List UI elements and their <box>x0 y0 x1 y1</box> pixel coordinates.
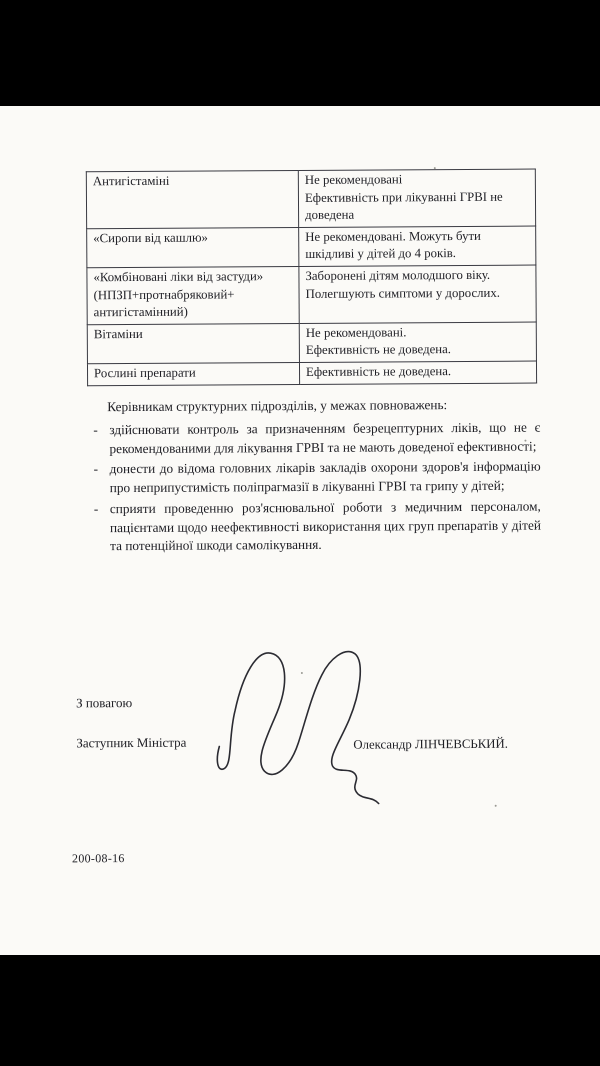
drug-category-cell: Вітаміни <box>87 323 299 363</box>
document-content: Антигістаміні Не рекомендовані Ефективні… <box>0 104 600 957</box>
signature-image <box>204 633 390 806</box>
table-row: «Сиропи від кашлю» Не рекомендовані. Мож… <box>87 226 536 268</box>
scan-speck <box>524 440 526 442</box>
scan-speck <box>434 167 436 169</box>
recommendation-cell: Не рекомендовані. Ефективність не доведе… <box>299 322 536 363</box>
bottom-letterbox <box>0 955 600 1066</box>
drug-category-cell: Антигістаміні <box>86 171 298 229</box>
table-row: Вітаміни Не рекомендовані. Ефективність … <box>87 322 536 364</box>
drug-category-cell: «Комбіновані ліки від застуди» (НПЗП+про… <box>87 266 299 324</box>
table-row: «Комбіновані ліки від застуди» (НПЗП+про… <box>87 265 536 325</box>
directive-item: здійснювати контроль за призначенням без… <box>87 419 540 459</box>
scan-speck <box>301 672 303 674</box>
top-letterbox <box>0 0 600 106</box>
recommendation-cell: Не рекомендовані Ефективність при лікува… <box>298 169 535 227</box>
signatory-title: Заступник Міністра <box>76 735 186 752</box>
recommendation-cell: Ефективність не доведена. <box>299 361 536 384</box>
document-date: 200-08-16 <box>72 851 125 866</box>
directive-item: донести до відома головних лікарів закла… <box>88 458 541 498</box>
directive-intro: Керівникам структурних підрозділів, у ме… <box>87 395 539 417</box>
directive-list: здійснювати контроль за призначенням без… <box>87 419 541 559</box>
closing-salutation: З повагою <box>76 695 132 711</box>
table-row: Антигістаміні Не рекомендовані Ефективні… <box>86 169 535 229</box>
drug-category-cell: Рослині препарати <box>87 362 299 385</box>
scan-speck <box>495 805 497 807</box>
table-row: Рослині препарати Ефективність не доведе… <box>87 361 536 385</box>
medications-table: Антигістаміні Не рекомендовані Ефективні… <box>86 169 537 386</box>
signatory-name: Олександр ЛІНЧЕВСЬКИЙ. <box>353 737 508 753</box>
directive-item: сприяти проведенню роз'яснювальної робот… <box>88 497 541 556</box>
recommendation-cell: Заборонені дітям молодшого віку. Полегшу… <box>299 265 536 323</box>
document-page: Антигістаміні Не рекомендовані Ефективні… <box>0 106 600 955</box>
recommendation-cell: Не рекомендовані. Можуть бути шкідливі у… <box>299 226 536 267</box>
drug-category-cell: «Сиропи від кашлю» <box>87 227 299 267</box>
